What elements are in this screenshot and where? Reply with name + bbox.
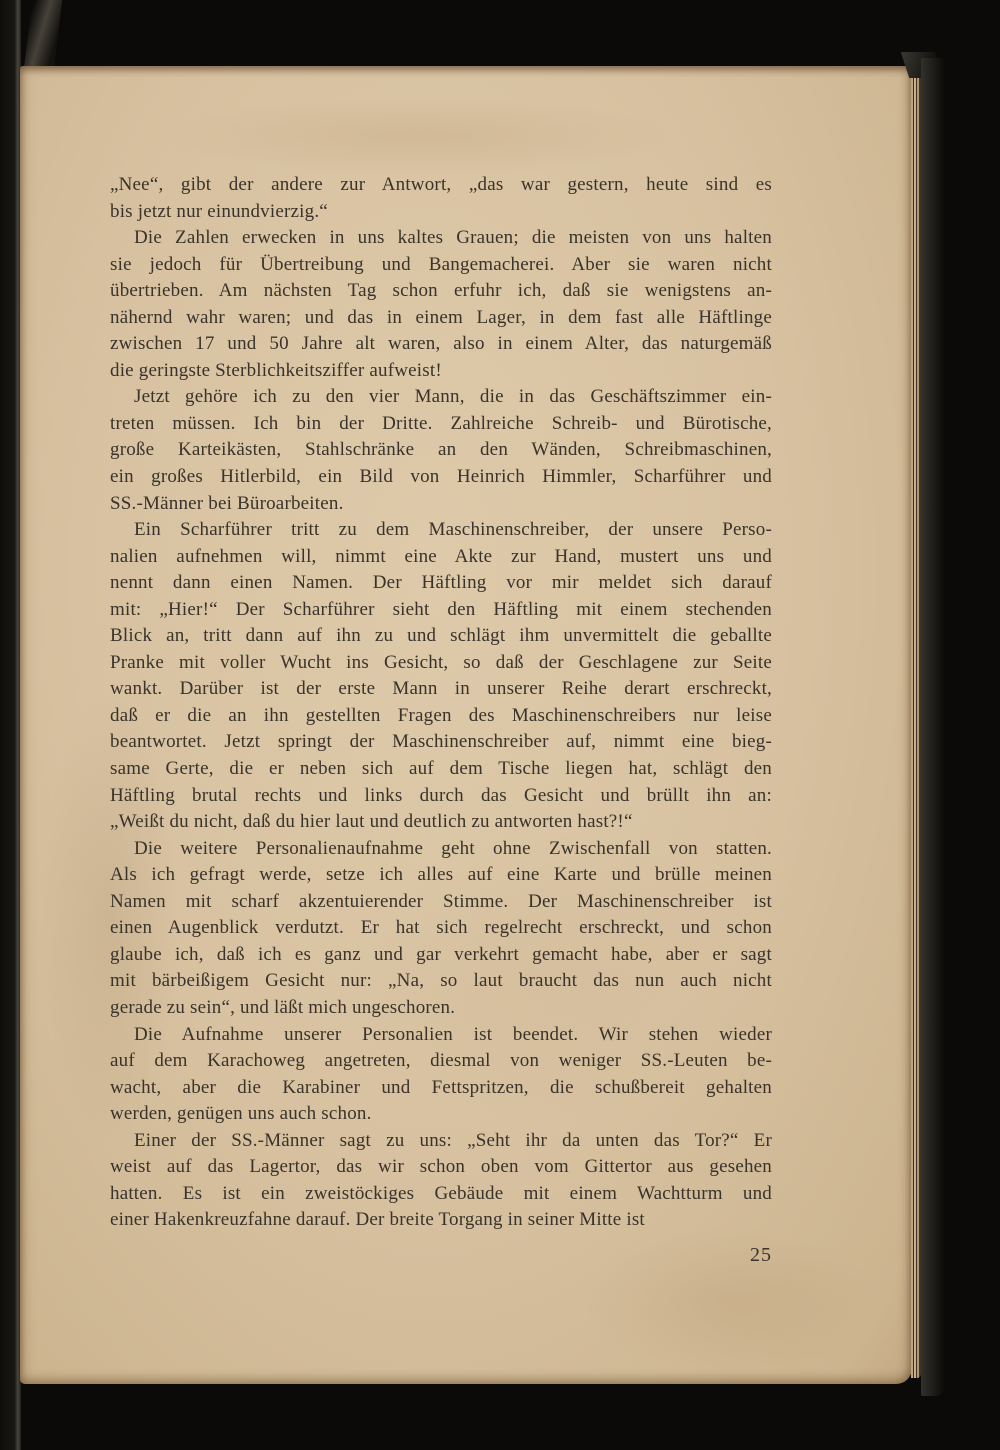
text-block: „Nee“, gibt der andere zur Antwort, „das… — [110, 172, 772, 1234]
text-line: bis jetzt nur einundvierzig.“ — [110, 199, 772, 226]
text-line: Die weitere Personalienaufnahme geht ohn… — [110, 836, 772, 863]
text-line: auf dem Karachoweg angetreten, diesmal v… — [110, 1048, 772, 1075]
text-line: einer Hakenkreuzfahne darauf. Der breite… — [110, 1207, 772, 1234]
text-line: hatten. Es ist ein zweistöckiges Gebäude… — [110, 1181, 772, 1208]
text-line: same Gerte, die er neben sich auf dem Ti… — [110, 756, 772, 783]
text-line: Als ich gefragt werde, setze ich alles a… — [110, 862, 772, 889]
text-line: einen Augenblick verdutzt. Er hat sich r… — [110, 915, 772, 942]
text-line: ein großes Hitlerbild, ein Bild von Hein… — [110, 464, 772, 491]
text-line: Die Aufnahme unserer Personalien ist bee… — [110, 1022, 772, 1049]
text-line: SS.-Männer bei Büroarbeiten. — [110, 491, 772, 518]
text-line: beantwortet. Jetzt springt der Maschinen… — [110, 729, 772, 756]
text-line: Jetzt gehöre ich zu den vier Mann, die i… — [110, 384, 772, 411]
paragraph: „Nee“, gibt der andere zur Antwort, „das… — [110, 172, 772, 225]
paragraph: Ein Scharführer tritt zu dem Maschinensc… — [110, 517, 772, 836]
text-line: übertrieben. Am nächsten Tag schon erfuh… — [110, 278, 772, 305]
text-line: große Karteikästen, Stahlschränke an den… — [110, 437, 772, 464]
text-line: zwischen 17 und 50 Jahre alt waren, also… — [110, 331, 772, 358]
paragraph: Die Aufnahme unserer Personalien ist bee… — [110, 1022, 772, 1128]
page-edge-stack — [911, 72, 921, 1378]
text-line: gerade zu sein“, und läßt mich ungeschor… — [110, 995, 772, 1022]
text-line: sie jedoch für Übertreibung und Bangemac… — [110, 252, 772, 279]
text-line: Häftling brutal rechts und links durch d… — [110, 783, 772, 810]
page-number: 25 — [110, 1242, 774, 1268]
text-line: „Nee“, gibt der andere zur Antwort, „das… — [110, 172, 772, 199]
text-line: wacht, aber die Karabiner und Fettspritz… — [110, 1075, 772, 1102]
paragraph: Einer der SS.-Männer sagt zu uns: „Seht … — [110, 1128, 772, 1234]
text-line: Namen mit scharf akzentuierender Stimme.… — [110, 889, 772, 916]
text-line: daß er die an ihn gestellten Fragen des … — [110, 703, 772, 730]
text-line: nähernd wahr waren; und das in einem Lag… — [110, 305, 772, 332]
book-page: „Nee“, gibt der andere zur Antwort, „das… — [20, 66, 912, 1384]
paragraph: Die weitere Personalienaufnahme geht ohn… — [110, 836, 772, 1022]
text-line: wankt. Darüber ist der erste Mann in uns… — [110, 676, 772, 703]
text-line: Pranke mit voller Wucht ins Gesicht, so … — [110, 650, 772, 677]
text-line: die geringste Sterblichkeitsziffer aufwe… — [110, 358, 772, 385]
paragraph: Die Zahlen erwecken in uns kaltes Grauen… — [110, 225, 772, 384]
text-line: glaube ich, daß ich es ganz und gar verk… — [110, 942, 772, 969]
text-line: nalien aufnehmen will, nimmt eine Akte z… — [110, 544, 772, 571]
text-line: treten müssen. Ich bin der Dritte. Zahlr… — [110, 411, 772, 438]
text-line: weist auf das Lagertor, das wir schon ob… — [110, 1154, 772, 1181]
book-cover-edge — [921, 58, 944, 1396]
text-line: Einer der SS.-Männer sagt zu uns: „Seht … — [110, 1128, 772, 1155]
paper-stain — [160, 96, 680, 176]
text-line: nennt dann einen Namen. Der Häftling vor… — [110, 570, 772, 597]
text-line: mit bärbeißigem Gesicht nur: „Na, so lau… — [110, 968, 772, 995]
text-line: Die Zahlen erwecken in uns kaltes Grauen… — [110, 225, 772, 252]
text-line: mit: „Hier!“ Der Scharführer sieht den H… — [110, 597, 772, 624]
text-line: „Weißt du nicht, daß du hier laut und de… — [110, 809, 772, 836]
text-line: werden, genügen uns auch schon. — [110, 1101, 772, 1128]
paragraph: Jetzt gehöre ich zu den vier Mann, die i… — [110, 384, 772, 517]
text-line: Blick an, tritt dann auf ihn zu und schl… — [110, 623, 772, 650]
book-cover-top-edge — [24, 0, 63, 70]
text-line: Ein Scharführer tritt zu dem Maschinensc… — [110, 517, 772, 544]
book-scan-photo: „Nee“, gibt der andere zur Antwort, „das… — [0, 0, 1000, 1450]
